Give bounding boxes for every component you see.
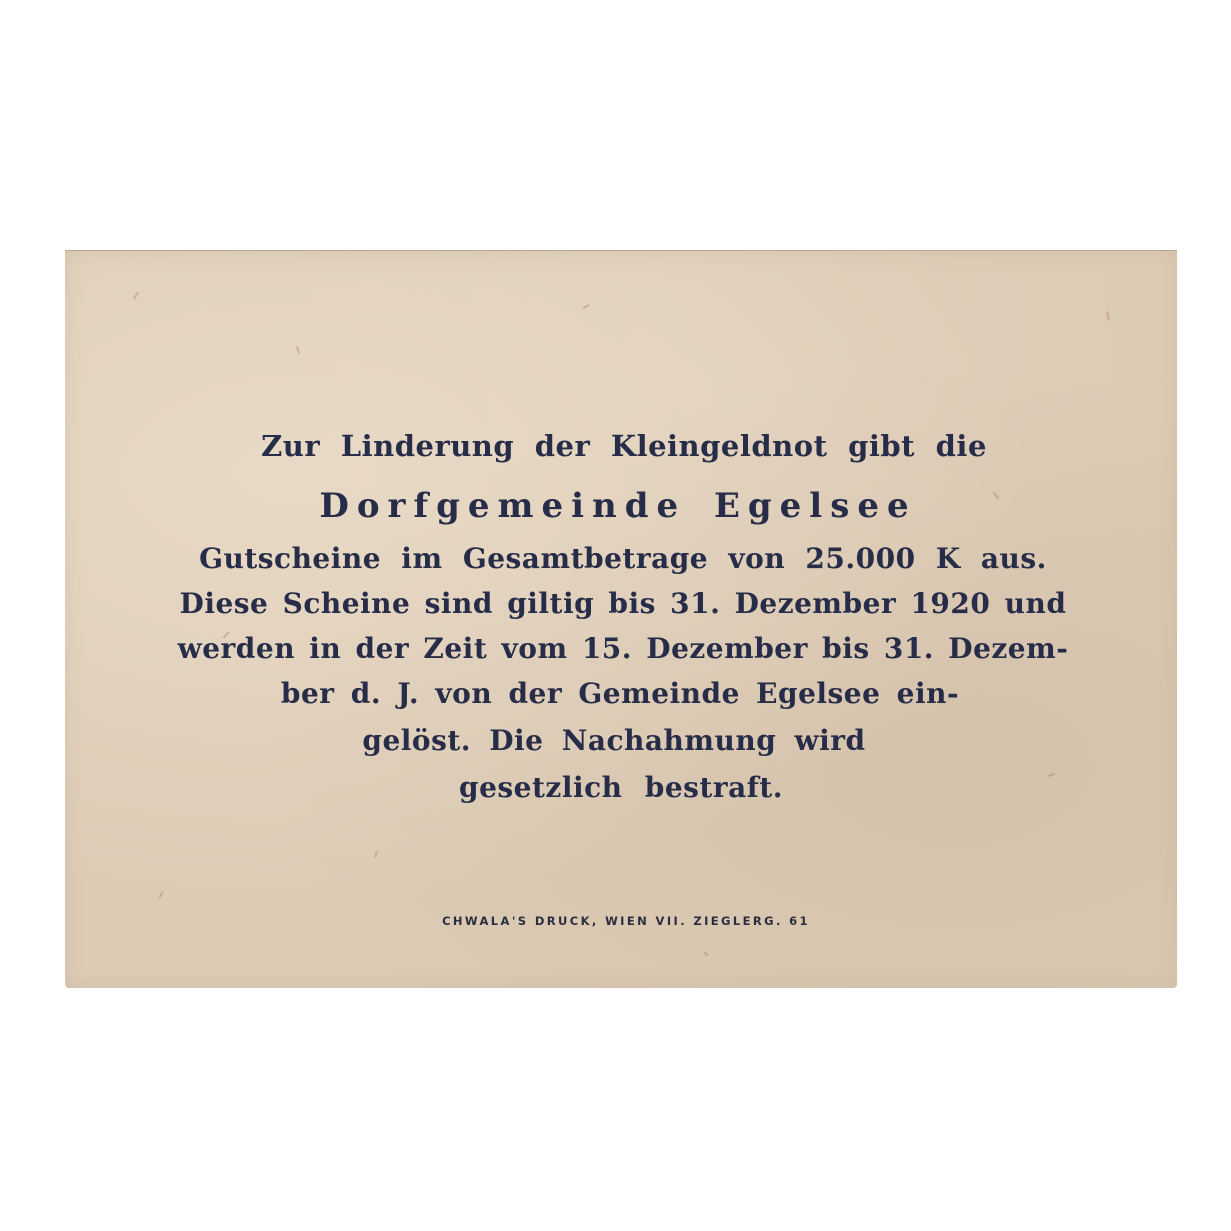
body-line: ber d. J. von der Gemeinde Egelsee ein- (64, 677, 1176, 710)
body-line: gesetzlich bestraft. (65, 771, 1177, 804)
printer-imprint: CHWALA'S DRUCK, WIEN VII. ZIEGLERG. 61 (65, 914, 1177, 928)
body-line: gelöst. Die Nachahmung wird (58, 724, 1170, 757)
paper-fiber (1106, 311, 1110, 321)
body-line: Diese Scheine sind giltig bis 31. Dezemb… (67, 587, 1179, 620)
paper-fiber (582, 304, 589, 309)
paper-fiber (374, 851, 378, 858)
paper-fiber (296, 346, 301, 354)
paper-fiber (158, 891, 163, 899)
body-line: werden in der Zeit vom 15. Dezember bis … (67, 632, 1179, 665)
body-line: Gutscheine im Gesamtbetrage von 25.000 K… (67, 542, 1179, 575)
intro-line: Zur Linderung der Kleingeldnot gibt die (68, 429, 1180, 463)
paper-fiber (133, 291, 139, 300)
issuer-title: Dorfgemeinde Egelsee (62, 486, 1174, 526)
paper-fiber (703, 951, 709, 956)
banknote-paper: Zur Linderung der Kleingeldnot gibt die … (65, 250, 1177, 988)
